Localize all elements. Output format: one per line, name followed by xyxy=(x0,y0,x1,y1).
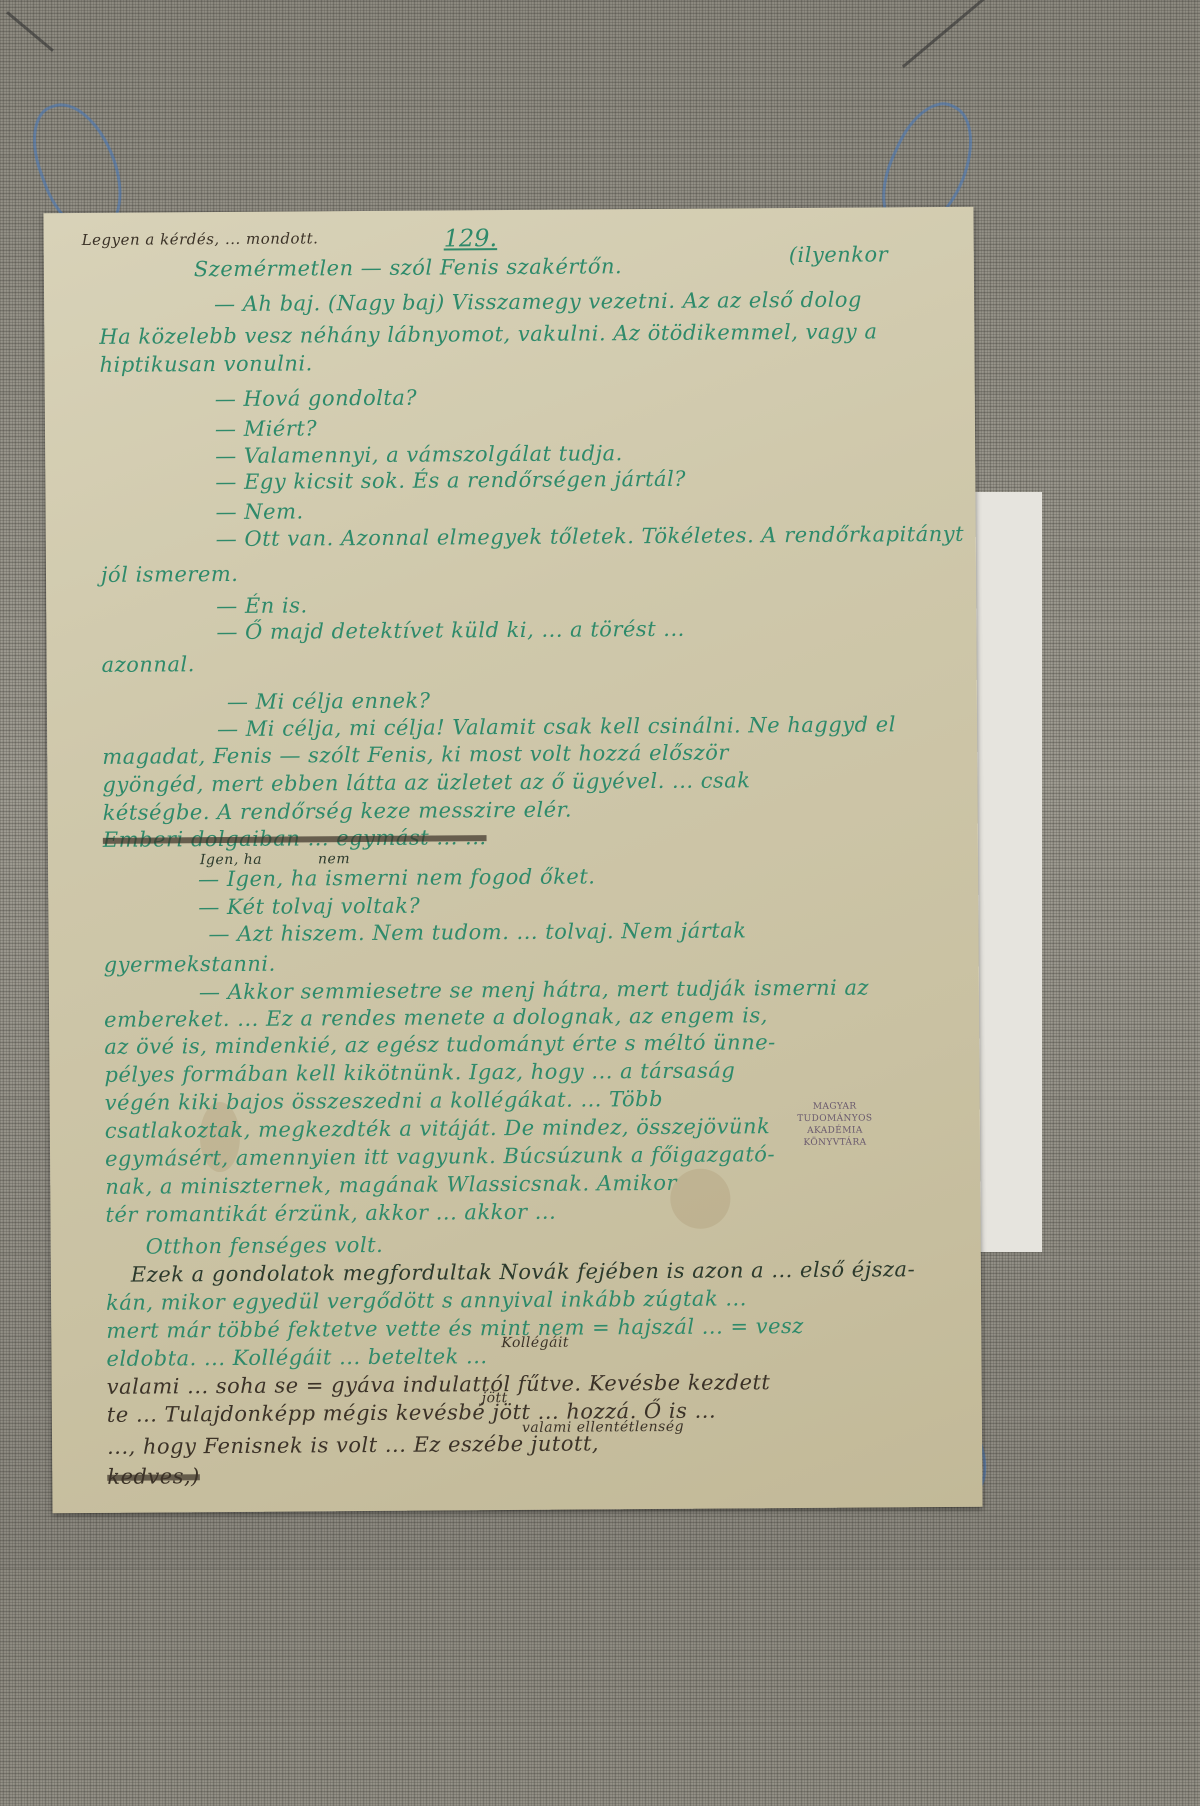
manuscript-line: embereket. ... Ez a rendes menete a dolo… xyxy=(104,1003,768,1032)
library-stamp: MAGYAR TUDOMÁNYOS AKADÉMIA KÖNYVTÁRA xyxy=(775,1100,895,1149)
manuscript-line: valami ... soha se = gyáva indulattól fű… xyxy=(107,1370,771,1399)
manuscript-line: Ezek a gondolatok megfordultak Novák fej… xyxy=(131,1257,915,1286)
manuscript-line: — Nem. xyxy=(215,499,303,524)
manuscript-line: — Ah baj. (Nagy baj) Visszamegy vezetni.… xyxy=(214,288,862,317)
manuscript-line: magadat, Fenis — szólt Fenis, ki most vo… xyxy=(102,740,729,768)
manuscript-line: kétségbe. A rendőrség keze messzire elér… xyxy=(103,798,573,825)
manuscript-line: Szemérmetlen — szól Fenis szakértőn. xyxy=(194,254,622,281)
manuscript-line: egymásért, amennyien itt vagyunk. Búcsúz… xyxy=(105,1142,775,1171)
manuscript-line: gyöngéd, mert ebben látta az üzletet az … xyxy=(102,768,750,797)
manuscript-line: — Mi célja ennek? xyxy=(227,689,431,714)
paper-stain xyxy=(670,1168,730,1228)
manuscript-line: — Hová gondolta? xyxy=(215,386,417,411)
page-number: 129. xyxy=(444,224,498,252)
stamp-line: KÖNYVTÁRA xyxy=(775,1136,895,1149)
struck-line: kedves,) xyxy=(107,1464,200,1489)
manuscript-line: pélyes formában kell kikötnünk. Igaz, ho… xyxy=(104,1058,735,1086)
manuscript-line: — Én is. xyxy=(216,593,308,618)
manuscript-line: Ha közelebb vesz néhány lábnyomot, vakul… xyxy=(99,319,877,348)
insertion-note: Kollégáit xyxy=(501,1335,569,1351)
manuscript-line: — Egy kicsit sok. És a rendőrségen jártá… xyxy=(215,467,686,494)
manuscript-line: kán, mikor egyedül vergődött s annyival … xyxy=(106,1286,747,1314)
manuscript-line: — Igen, ha ismerni nem fogod őket. xyxy=(198,864,595,891)
manuscript-line: eldobta. ... Kollégáit ... beteltek ... xyxy=(106,1344,487,1371)
manuscript-line: — Valamennyi, a vámszolgálat tudja. xyxy=(215,441,623,468)
stamp-line: TUDOMÁNYOS AKADÉMIA xyxy=(775,1112,895,1137)
margin-note: (ilyenkor xyxy=(789,242,889,267)
manuscript-line: ..., hogy Fenisnek is volt ... Ez eszébe… xyxy=(107,1431,599,1458)
pencil-line xyxy=(902,0,988,68)
manuscript-page: Legyen a kérdés, ... mondott. 129. Szemé… xyxy=(43,207,982,1513)
stamp-line: MAGYAR xyxy=(775,1100,895,1113)
struck-line: Emberi dolgaiban ... egymást ... ... xyxy=(103,825,487,852)
top-note: Legyen a kérdés, ... mondott. xyxy=(82,229,319,249)
white-card-edge xyxy=(972,492,1042,1252)
pencil-line xyxy=(6,11,54,52)
manuscript-line: gyermekstanni. xyxy=(104,952,276,977)
manuscript-line: — Miért? xyxy=(215,416,317,441)
insertion-note: Igen, ha xyxy=(200,852,262,868)
manuscript-line: Otthon fenséges volt. xyxy=(146,1233,384,1259)
manuscript-line: — Akkor semmiesetre se menj hátra, mert … xyxy=(199,976,869,1005)
manuscript-line: azonnal. xyxy=(102,652,195,677)
manuscript-line: mert már többé fektetve vette és mint ne… xyxy=(106,1314,804,1343)
manuscript-line: tér romantikát érzünk, akkor ... akkor .… xyxy=(105,1200,556,1227)
manuscript-line: — Ő majd detektívet küld ki, ... a törés… xyxy=(216,617,685,644)
manuscript-line: — Ott van. Azonnal elmegyek tőletek. Tök… xyxy=(216,522,964,551)
manuscript-line: az övé is, mindenkié, az egész tudományt… xyxy=(104,1030,776,1059)
insertion-note: nem xyxy=(318,851,350,867)
manuscript-line: hiptikusan vonulni. xyxy=(99,351,312,376)
manuscript-line: végén kiki bajos összeszedni a kollégáka… xyxy=(105,1087,663,1115)
manuscript-line: — Két tolvaj voltak? xyxy=(198,894,420,920)
manuscript-line: jól ismerem. xyxy=(101,562,239,587)
manuscript-line: — Azt hiszem. Nem tudom. ... tolvaj. Nem… xyxy=(208,918,746,946)
manuscript-line: — Mi célja, mi célja! Valamit csak kell … xyxy=(217,712,896,741)
manuscript-line: nak, a miniszternek, magának Wlassicsnak… xyxy=(105,1171,677,1199)
manuscript-line: csatlakoztak, megkezdték a vitáját. De m… xyxy=(105,1114,770,1143)
